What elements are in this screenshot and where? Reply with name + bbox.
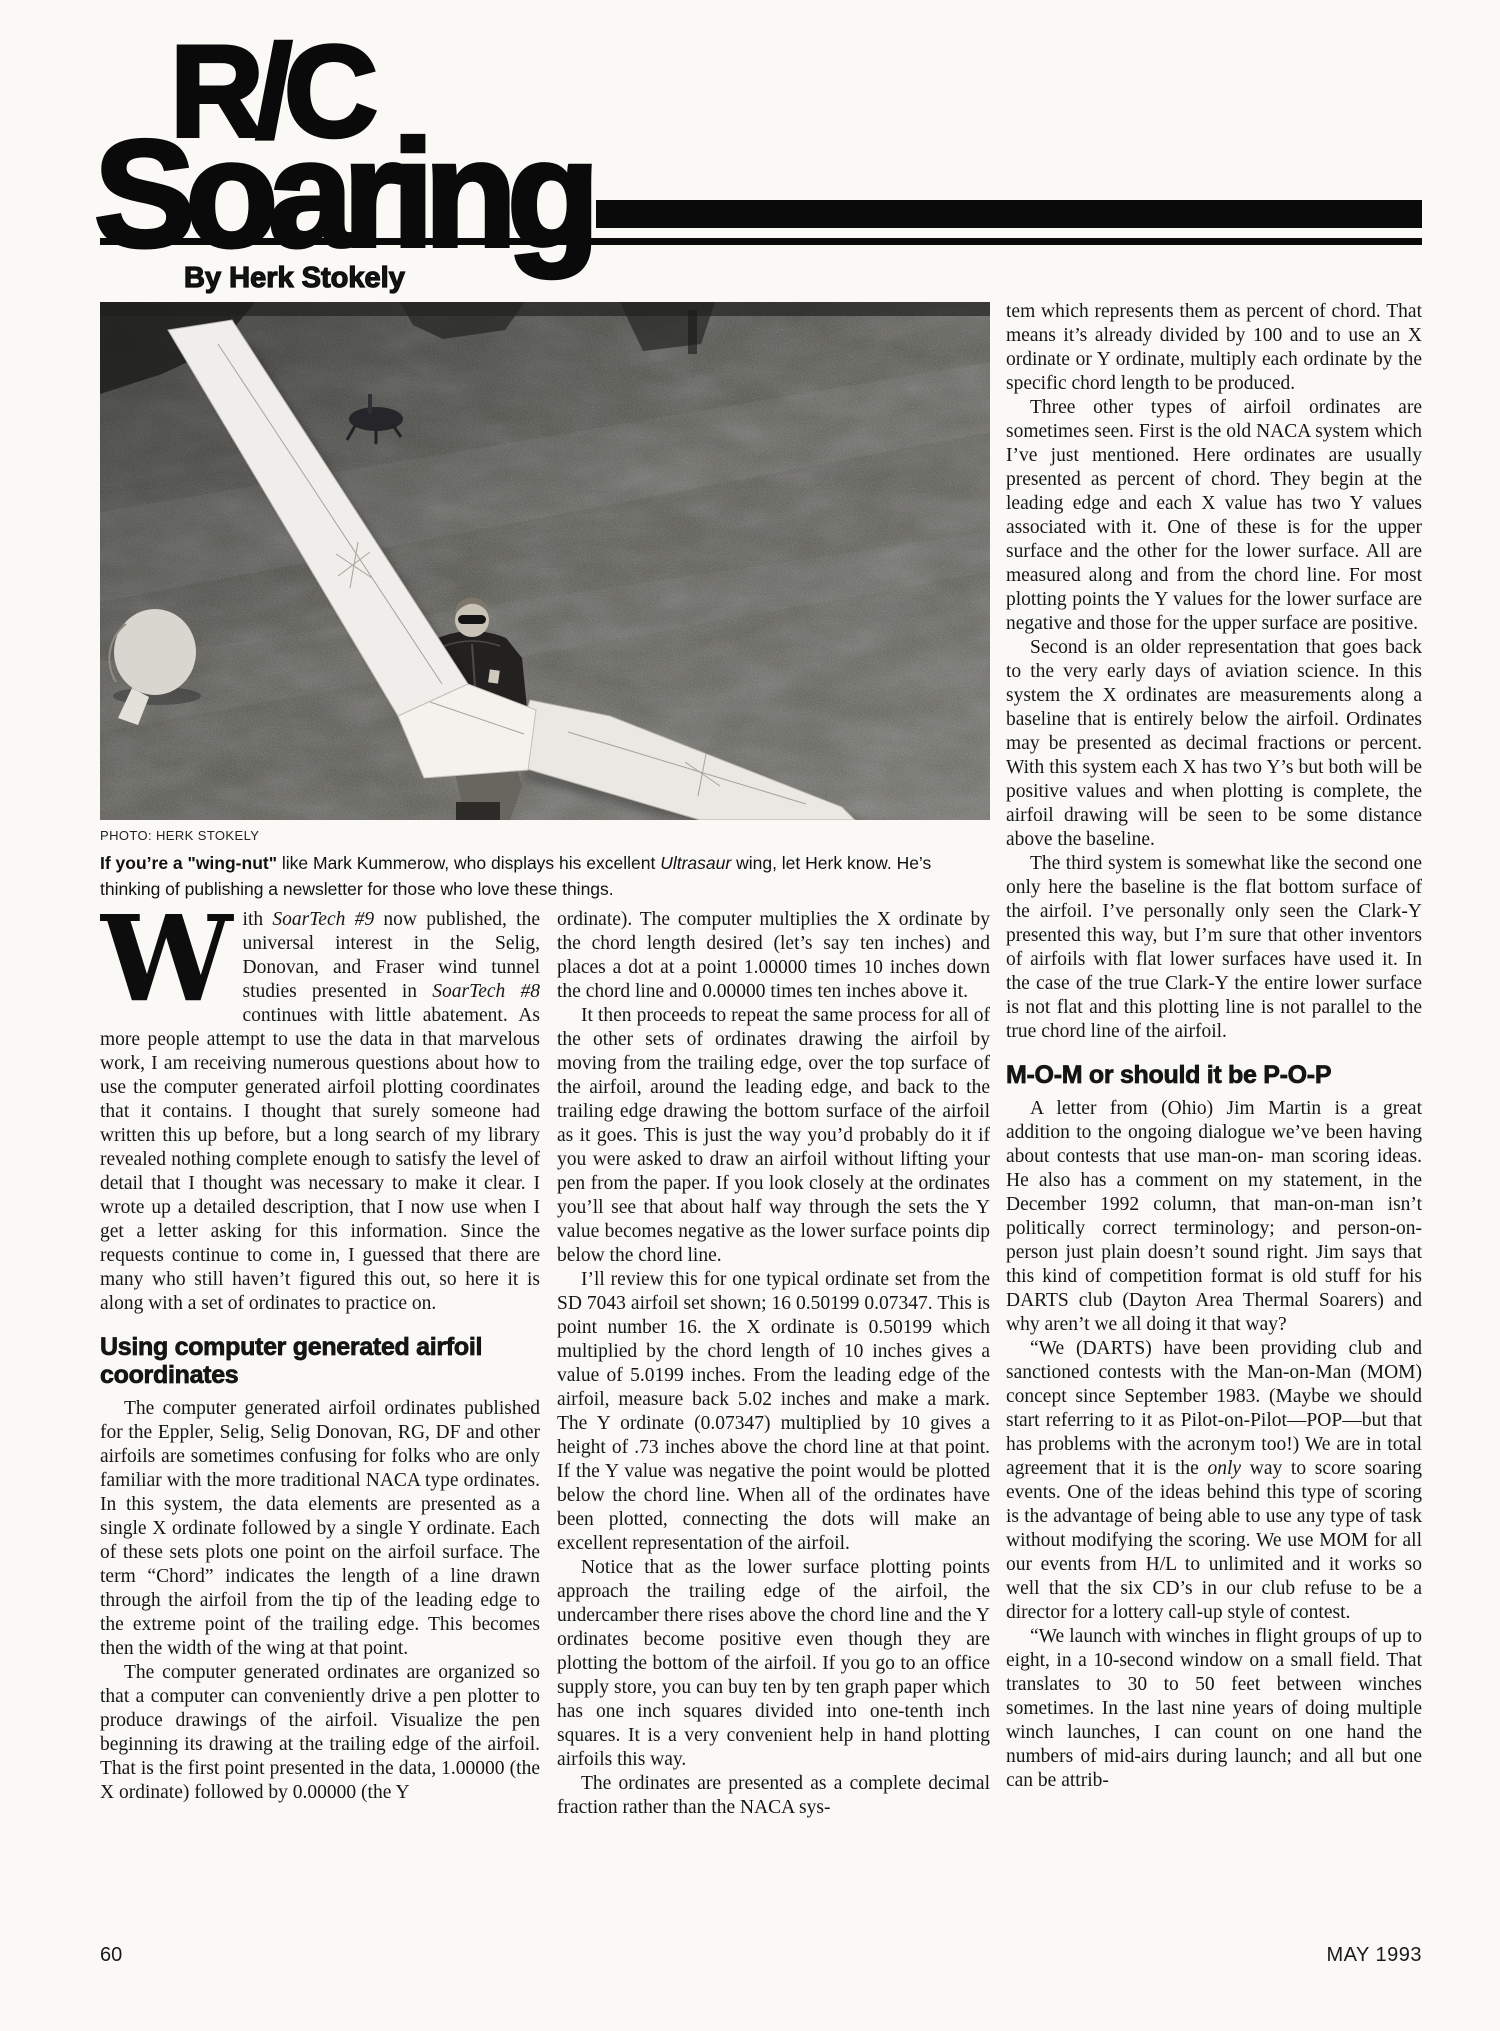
paragraph: tem which represents them as percent of … <box>1006 300 1422 396</box>
section-heading-mom-pop: M-O-M or should it be P-O-P <box>1006 1061 1422 1089</box>
paragraph: “We launch with winches in flight groups… <box>1006 1625 1422 1793</box>
magazine-page: R/C Soaring By Herk Stokely <box>0 0 1500 2031</box>
article-column-3: tem which represents them as percent of … <box>1006 300 1422 1950</box>
paragraph: Notice that as the lower surface plottin… <box>557 1556 990 1772</box>
paragraph: I’ll review this for one typical ordinat… <box>557 1268 990 1556</box>
paragraph: With SoarTech #9 now published, the univ… <box>100 908 540 1316</box>
photo-image <box>100 302 990 820</box>
article-column-1: With SoarTech #9 now published, the univ… <box>100 908 540 1950</box>
issue-date: MAY 1993 <box>1326 1944 1422 1967</box>
photo-credit: PHOTO: HERK STOKELY <box>100 828 259 843</box>
paragraph: A letter from (Ohio) Jim Martin is a gre… <box>1006 1097 1422 1337</box>
drop-cap: W <box>100 911 233 1007</box>
paragraph: Three other types of airfoil ordinates a… <box>1006 396 1422 636</box>
masthead-thick-rule <box>596 200 1422 228</box>
paragraph: Second is an older representation that g… <box>1006 636 1422 852</box>
column-title-line2: Soaring <box>94 118 590 270</box>
page-number: 60 <box>100 1944 122 1967</box>
paragraph: The third system is somewhat like the se… <box>1006 852 1422 1044</box>
paragraph: The computer generated airfoil ordinates… <box>100 1397 540 1661</box>
byline: By Herk Stokely <box>184 262 405 295</box>
paragraph: The ordinates are presented as a complet… <box>557 1772 990 1820</box>
paragraph: ordinate). The computer multiplies the X… <box>557 908 990 1004</box>
photo-caption: If you’re a "wing-nut" like Mark Kummero… <box>100 850 992 902</box>
paragraph: The computer generated ordinates are org… <box>100 1661 540 1805</box>
paragraph: It then proceeds to repeat the same proc… <box>557 1004 990 1268</box>
section-heading-airfoil-coordinates: Using computer generated airfoil coordin… <box>100 1333 540 1389</box>
paragraph: “We (DARTS) have been providing club and… <box>1006 1337 1422 1625</box>
photo-flying-wing <box>100 302 990 820</box>
article-column-2: ordinate). The computer multiplies the X… <box>557 908 990 1950</box>
